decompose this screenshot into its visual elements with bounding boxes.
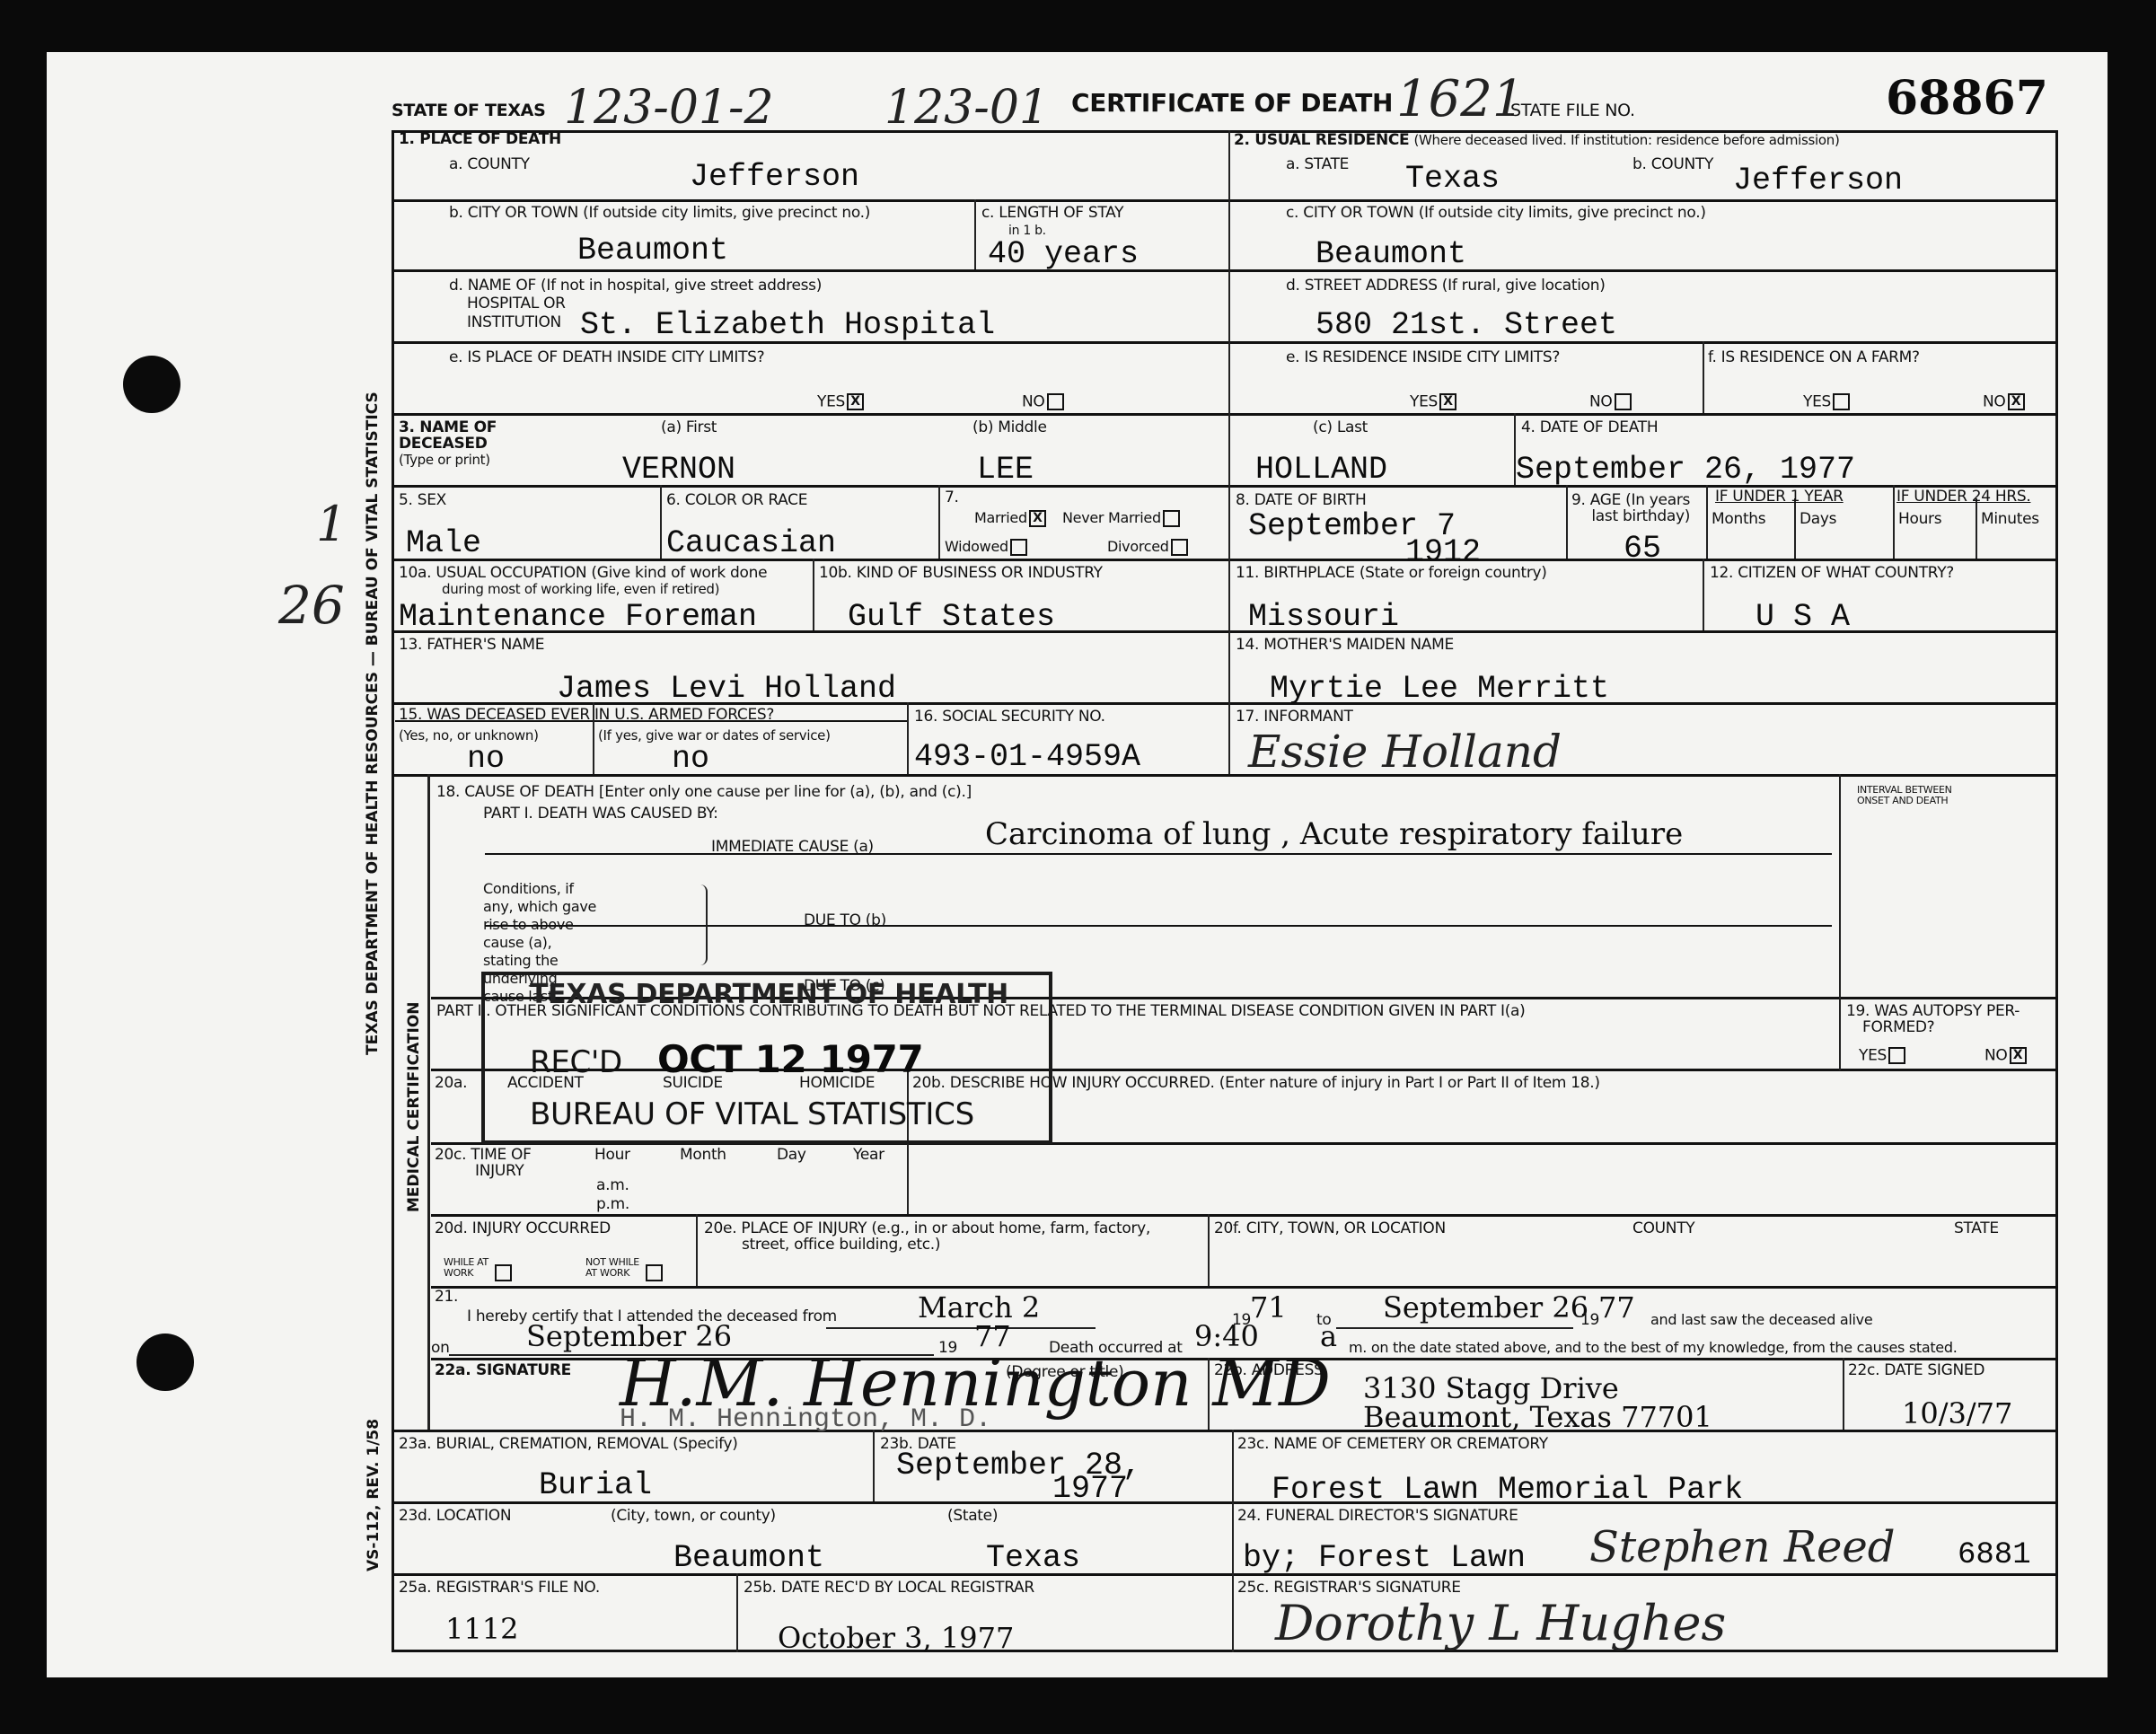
armed-service-value: no — [672, 744, 709, 775]
married-option[interactable]: MarriedX — [974, 510, 1046, 527]
location-state-value: Texas — [986, 1543, 1080, 1574]
cert-from-year: 71 — [1250, 1293, 1287, 1322]
immediate-cause-value: Carcinoma of lung , Acute respiratory fa… — [985, 819, 1683, 849]
cert-on-label: on — [431, 1341, 450, 1357]
autopsy-yes[interactable]: YES — [1859, 1047, 1905, 1064]
ssn-label: 16. SOCIAL SECURITY NO. — [914, 709, 1105, 726]
date-of-death-value: September 26, 1977 — [1516, 454, 1855, 486]
registrar-date-value: October 3, 1977 — [778, 1624, 1014, 1652]
mother-value: Myrtie Lee Merritt — [1270, 673, 1609, 705]
armed-forces-label: 15. WAS DECEASED EVER IN U.S. ARMED FORC… — [399, 708, 774, 724]
father-value: James Levi Holland — [557, 673, 896, 705]
hours-label: Hours — [1898, 512, 1941, 528]
handwritten-code-2: 123-01 — [884, 81, 1049, 135]
cert-text3: m. on the date stated above, and to the … — [1349, 1341, 1958, 1356]
autopsy-label: 19. WAS AUTOPSY PER-FORMED? — [1846, 1004, 2020, 1036]
form-revision-label: VS-112, REV. 1/58 — [365, 1419, 383, 1571]
citizen-label: 12. CITIZEN OF WHAT COUNTRY? — [1710, 566, 1954, 582]
death-city-label: b. CITY OR TOWN (If outside city limits,… — [449, 206, 870, 222]
cert-text2: and last saw the deceased alive — [1650, 1313, 1872, 1328]
stamp-recd: REC'D — [530, 1047, 622, 1079]
cemetery-value: Forest Lawn Memorial Park — [1272, 1474, 1743, 1506]
length-of-stay-label: c. LENGTH OF STAY — [981, 206, 1123, 222]
conditions-bracket — [697, 885, 708, 965]
last-name-label: (c) Last — [1313, 420, 1368, 436]
race-label: 6. COLOR OR RACE — [666, 493, 807, 509]
cert-num: 21. — [435, 1289, 458, 1306]
injury-city-label: 20f. CITY, TOWN, OR LOCATION — [1214, 1221, 1446, 1237]
location-city-label: (City, town, or county) — [611, 1509, 776, 1525]
pm-label: p.m. — [596, 1197, 629, 1213]
location-city-value: Beaumont — [673, 1543, 824, 1574]
cert-to-date: September 26 — [1383, 1293, 1588, 1322]
mother-label: 14. MOTHER'S MAIDEN NAME — [1236, 638, 1454, 654]
stamp-bureau: BUREAU OF VITAL STATISTICS — [530, 1099, 974, 1131]
punch-hole-bottom — [136, 1334, 194, 1391]
under-year-label: IF UNDER 1 YEAR — [1715, 489, 1844, 506]
never-married-option[interactable]: Never Married — [1062, 510, 1180, 527]
farm-label: f. IS RESIDENCE ON A FARM? — [1708, 350, 1920, 366]
street-address-label: d. STREET ADDRESS (If rural, give locati… — [1286, 278, 1606, 295]
residence-state-label: a. STATE — [1286, 157, 1349, 173]
interval-label: INTERVAL BETWEEN ONSET AND DEATH — [1857, 785, 1956, 805]
county-label: a. COUNTY — [449, 157, 530, 173]
cemetery-label: 23c. NAME OF CEMETERY OR CREMATORY — [1237, 1437, 1548, 1453]
registrar-date-label: 25b. DATE REC'D BY LOCAL REGISTRAR — [744, 1580, 1034, 1597]
physician-address-2: Beaumont, Texas 77701 — [1363, 1403, 1712, 1431]
hospital-value: St. Elizabeth Hospital — [580, 310, 995, 341]
due-to-b-label: DUE TO (b) — [804, 913, 886, 929]
funeral-director-label: 24. FUNERAL DIRECTOR'S SIGNATURE — [1237, 1509, 1518, 1525]
informant-signature: Essie Holland — [1248, 726, 1562, 778]
margin-handwritten-1: 1 — [316, 496, 347, 552]
residence-city-value: Beaumont — [1316, 239, 1466, 270]
middle-name-value: LEE — [977, 454, 1034, 486]
citizen-value: U S A — [1756, 602, 1850, 633]
agency-vertical-label: TEXAS DEPARTMENT OF HEALTH RESOURCES — B… — [364, 392, 382, 1055]
address-label: 22b. ADDRESS — [1214, 1363, 1324, 1379]
punch-hole-top — [123, 356, 180, 413]
residence-county-label: b. COUNTY — [1632, 157, 1713, 173]
under-day-label: IF UNDER 24 HRS. — [1896, 489, 2030, 506]
certificate-title: CERTIFICATE OF DEATH — [1071, 90, 1393, 116]
residence-inside-limits-label: e. IS RESIDENCE INSIDE CITY LIMITS? — [1286, 350, 1560, 366]
burial-date-line2: 1977 — [1052, 1474, 1128, 1505]
days-label: Days — [1800, 512, 1836, 528]
registrar-signature: Dorothy L Hughes — [1275, 1595, 1726, 1651]
father-label: 13. FATHER'S NAME — [399, 638, 544, 654]
residence-county-value: Jefferson — [1733, 165, 1903, 197]
birthplace-label: 11. BIRTHPLACE (State or foreign country… — [1236, 566, 1547, 582]
business-label: 10b. KIND OF BUSINESS OR INDUSTRY — [819, 566, 1103, 582]
while-at-work-option[interactable]: WHILE AT WORK — [444, 1257, 515, 1281]
armed-sub2-label: (If yes, give war or dates of service) — [598, 729, 831, 744]
date-signed-value: 10/3/77 — [1902, 1399, 2012, 1428]
state-file-number: 68867 — [1886, 75, 2048, 122]
registrar-file-label: 25a. REGISTRAR'S FILE NO. — [399, 1580, 600, 1597]
date-signed-label: 22c. DATE SIGNED — [1848, 1363, 1984, 1379]
place-of-injury-label: 20e. PLACE OF INJURY (e.g., in or about … — [704, 1221, 1150, 1254]
state-of-texas-label: STATE OF TEXAS — [392, 102, 545, 120]
received-stamp: TEXAS DEPARTMENT OF HEALTH REC'D OCT 12 … — [481, 972, 1052, 1144]
stamp-department: TEXAS DEPARTMENT OF HEALTH — [530, 981, 1008, 1009]
death-inside-no[interactable]: NO — [1022, 393, 1064, 410]
place-of-death-label: 1. PLACE OF DEATH — [399, 132, 561, 148]
death-inside-yes[interactable]: YESX — [817, 393, 864, 410]
burial-value: Burial — [539, 1470, 652, 1501]
birthplace-value: Missouri — [1248, 602, 1399, 633]
occupation-value: Maintenance Foreman — [399, 602, 757, 633]
farm-yes[interactable]: YES — [1803, 393, 1850, 410]
funeral-license-no: 6881 — [1958, 1540, 2031, 1571]
informant-label: 17. INFORMANT — [1236, 709, 1353, 726]
cert-to-year: 77 — [1598, 1293, 1635, 1322]
handwritten-local-no: 1621 — [1396, 70, 1525, 128]
location-label: 23d. LOCATION — [399, 1509, 511, 1525]
autopsy-no[interactable]: NOX — [1984, 1047, 2027, 1064]
day-label: Day — [777, 1148, 806, 1164]
injury-occurred-label: 20d. INJURY OCCURRED — [435, 1221, 611, 1237]
death-county-value: Jefferson — [690, 162, 859, 193]
months-label: Months — [1712, 512, 1765, 528]
physician-address-1: 3130 Stagg Drive — [1363, 1374, 1619, 1403]
date-of-death-label: 4. DATE OF DEATH — [1521, 420, 1658, 436]
first-name-value: VERNON — [622, 454, 735, 486]
hospital-label-2: HOSPITAL OR — [467, 296, 566, 312]
injury-state-label: STATE — [1954, 1221, 1999, 1237]
divorced-option[interactable]: Divorced — [1107, 539, 1188, 556]
death-city-value: Beaumont — [577, 235, 728, 267]
funeral-director-typed: by; Forest Lawn — [1243, 1543, 1526, 1574]
part1-label: PART I. DEATH WAS CAUSED BY: — [483, 806, 718, 823]
residence-state-value: Texas — [1405, 163, 1500, 195]
ssn-value: 493-01-4959A — [914, 742, 1140, 773]
hospital-label-1: d. NAME OF (If not in hospital, give str… — [449, 278, 822, 295]
name-label: 3. NAME OFDECEASED(Type or print) — [399, 420, 497, 469]
residence-inside-yes[interactable]: YESX — [1410, 393, 1456, 410]
not-while-at-work-option[interactable]: NOT WHILE AT WORK — [585, 1257, 675, 1281]
minutes-label: Minutes — [1981, 512, 2039, 528]
physician-typed-name: H. M. Hennington, M. D. — [620, 1406, 991, 1433]
time-of-injury-label: 20c. TIME OFINJURY — [435, 1148, 532, 1180]
street-address-value: 580 21st. Street — [1316, 310, 1617, 341]
middle-name-label: (b) Middle — [972, 420, 1047, 436]
injury-20a-label: 20a. — [435, 1076, 467, 1092]
cert-from-date: March 2 — [918, 1293, 1040, 1322]
handwritten-code-1: 123-01-2 — [564, 81, 774, 135]
farm-no[interactable]: NOX — [1983, 393, 2025, 410]
marital-label: 7. — [945, 490, 959, 506]
last-name-value: HOLLAND — [1255, 454, 1387, 486]
dob-label: 8. DATE OF BIRTH — [1236, 493, 1366, 509]
injury-county-label: COUNTY — [1632, 1221, 1694, 1237]
age-label: 9. AGE (In yearslast birthday) — [1571, 493, 1690, 525]
hospital-label-3: INSTITUTION — [467, 315, 561, 331]
stamp-date: OCT 12 1977 — [657, 1040, 923, 1079]
business-value: Gulf States — [848, 602, 1055, 633]
occupation-label: 10a. USUAL OCCUPATION (Give kind of work… — [399, 566, 767, 598]
am-label: a.m. — [596, 1178, 629, 1194]
sex-value: Male — [406, 528, 481, 559]
cert-to-year-prefix: 19 — [1580, 1313, 1599, 1329]
burial-label: 23a. BURIAL, CREMATION, REMOVAL (Specify… — [399, 1437, 738, 1453]
state-file-label: STATE FILE NO. — [1510, 102, 1635, 120]
first-name-label: (a) First — [661, 420, 717, 436]
hour-label: Hour — [594, 1148, 630, 1164]
length-of-stay-value: 40 years — [988, 239, 1139, 270]
race-value: Caucasian — [666, 528, 836, 559]
margin-handwritten-26: 26 — [278, 575, 345, 636]
location-state-label: (State) — [947, 1509, 998, 1525]
widowed-option[interactable]: Widowed — [945, 539, 1027, 556]
residence-inside-no[interactable]: NO — [1589, 393, 1632, 410]
armed-forces-value: no — [467, 744, 505, 775]
year-label: Year — [853, 1148, 884, 1164]
funeral-director-signature: Stephen Reed — [1589, 1522, 1895, 1572]
month-label: Month — [680, 1148, 726, 1164]
cause-of-death-label: 18. CAUSE OF DEATH [Enter only one cause… — [436, 785, 972, 801]
residence-label: 2. USUAL RESIDENCE (Where deceased lived… — [1234, 133, 1840, 149]
signature-label: 22a. SIGNATURE — [435, 1363, 571, 1379]
death-inside-limits-label: e. IS PLACE OF DEATH INSIDE CITY LIMITS? — [449, 350, 764, 366]
immediate-cause-label: IMMEDIATE CAUSE (a) — [711, 840, 874, 856]
sex-label: 5. SEX — [399, 493, 446, 509]
registrar-file-value: 1112 — [445, 1615, 518, 1643]
age-value: 65 — [1624, 533, 1661, 565]
residence-city-label: c. CITY OR TOWN (If outside city limits,… — [1286, 206, 1706, 222]
